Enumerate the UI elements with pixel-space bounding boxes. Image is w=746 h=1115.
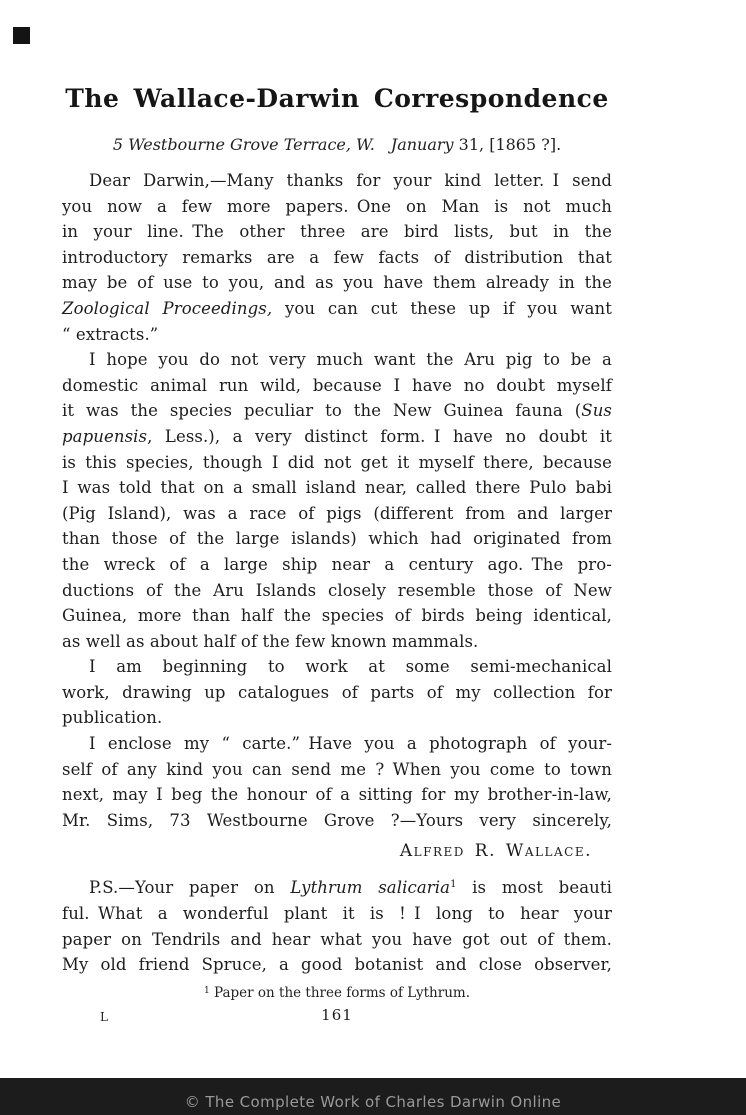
text-line: introductory remarks are a few facts of … — [62, 245, 612, 271]
text-line: as well as about half of the few known m… — [62, 629, 612, 655]
text-line: Mr. Sims, 73 Westbourne Grove ?—Yours ve… — [62, 808, 612, 834]
text-line: publication. — [62, 705, 612, 731]
text-line: work, drawing up catalogues of parts of … — [62, 680, 612, 706]
text-line: it was the species peculiar to the New G… — [62, 398, 612, 424]
scan-corner-mark — [13, 27, 30, 44]
letter-paragraph-1: Dear Darwin,—Many thanks for your kind l… — [62, 168, 612, 347]
page-number: 161 — [62, 1006, 612, 1024]
scanned-book-page: The Wallace-Darwin Correspondence 5 West… — [0, 0, 746, 1115]
text-line: next, may I beg the honour of a sitting … — [62, 782, 612, 808]
page-footer-line: L 161 — [62, 1006, 612, 1026]
text-line: Zoological Proceedings, you can cut thes… — [62, 296, 612, 322]
page-title: The Wallace-Darwin Correspondence — [62, 84, 612, 114]
text-line: self of any kind you can send me ? When … — [62, 757, 612, 783]
text-line: ductions of the Aru Islands closely rese… — [62, 578, 612, 604]
text-line: in your line. The other three are bird l… — [62, 219, 612, 245]
text-line: I hope you do not very much want the Aru… — [62, 347, 612, 373]
text-line: Guinea, more than half the species of bi… — [62, 603, 612, 629]
text-line: Dear Darwin,—Many thanks for your kind l… — [62, 168, 612, 194]
printer-signature-mark: L — [100, 1010, 109, 1024]
text-line: (Pig Island), was a race of pigs (differ… — [62, 501, 612, 527]
footer-band: © The Complete Work of Charles Darwin On… — [0, 1078, 746, 1115]
text-line: My old friend Spruce, a good botanist an… — [62, 952, 612, 978]
letter-paragraph-4: I enclose my “ carte.” Have you a photog… — [62, 731, 612, 833]
text-line: you now a few more papers. One on Man is… — [62, 194, 612, 220]
text-line: P.S.—Your paper on Lythrum salicaria1 is… — [62, 875, 612, 901]
text-line: is this species, though I did not get it… — [62, 450, 612, 476]
letter-paragraph-3: I am beginning to work at some semi-mech… — [62, 654, 612, 731]
letter-postscript: P.S.—Your paper on Lythrum salicaria1 is… — [62, 875, 612, 977]
text-line: paper on Tendrils and hear what you have… — [62, 927, 612, 953]
text-line: than those of the large islands) which h… — [62, 526, 612, 552]
text-line: “ extracts.” — [62, 322, 612, 348]
letter-dateline: 5 Westbourne Grove Terrace, W. January 3… — [62, 134, 612, 156]
footnote: 1 Paper on the three forms of Lythrum. — [62, 984, 612, 1002]
text-line: the wreck of a large ship near a century… — [62, 552, 612, 578]
text-line: ful. What a wonderful plant it is ! I lo… — [62, 901, 612, 927]
text-line: I am beginning to work at some semi-mech… — [62, 654, 612, 680]
text-line: I was told that on a small island near, … — [62, 475, 612, 501]
letter-column: The Wallace-Darwin Correspondence 5 West… — [62, 0, 612, 1026]
letter-paragraph-2: I hope you do not very much want the Aru… — [62, 347, 612, 654]
text-line: I enclose my “ carte.” Have you a photog… — [62, 731, 612, 757]
copyright-text: © The Complete Work of Charles Darwin On… — [185, 1093, 561, 1115]
text-line: papuensis, Less.), a very distinct form.… — [62, 424, 612, 450]
text-line: domestic animal run wild, because I have… — [62, 373, 612, 399]
text-line: may be of use to you, and as you have th… — [62, 270, 612, 296]
letter-signature: Alfred R. Wallace. — [62, 839, 612, 863]
